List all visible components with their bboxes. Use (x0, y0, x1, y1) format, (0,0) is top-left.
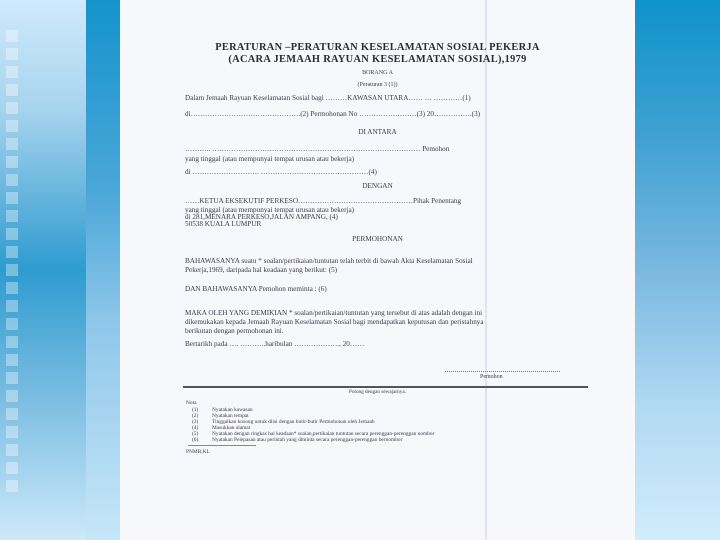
respondent-address-line2: 50538 KUALA LUMPUR (185, 220, 261, 228)
heading-with: DENGAN (120, 182, 635, 190)
form-title-line2: (ACARA JEMAAH RAYUAN KESELAMATAN SOSIAL)… (120, 54, 635, 65)
applicant-residence: yang tinggal (atau mempunyai tempat urus… (185, 155, 354, 163)
square-icon (6, 156, 18, 168)
tribunal-line: Dalam Jemaah Rayuan Keselamatan Sosial b… (185, 94, 471, 102)
signature-label: Pemohon (480, 374, 503, 380)
signature-line (445, 371, 560, 372)
square-icon (6, 336, 18, 348)
square-column-decoration (6, 30, 18, 498)
form-name: BORANG A (120, 70, 635, 76)
applicant-name-line: ……….. …………………………………………………………………………… Pemo… (185, 145, 449, 153)
square-icon (6, 174, 18, 186)
square-icon (6, 372, 18, 384)
square-icon (6, 138, 18, 150)
paragraph-therefore-line3: berikutan dengan permohonan ini. (185, 327, 284, 335)
square-icon (6, 318, 18, 330)
square-icon (6, 282, 18, 294)
footer-code: PNMB,KL (186, 449, 210, 455)
square-icon (6, 102, 18, 114)
form-title-line1: PERATURAN –PERATURAN KESELAMATAN SOSIAL … (120, 42, 635, 53)
notes-divider (188, 445, 256, 446)
cut-instruction: Potong dengan sewajarnya. (120, 389, 635, 395)
square-icon (6, 210, 18, 222)
dated-line: Bertarikh pada …. ………..haribulan ……………….… (185, 340, 364, 348)
square-icon (6, 426, 18, 438)
square-icon (6, 120, 18, 132)
vertical-accent-stripe (86, 0, 120, 540)
note-text: Nyatakan Pelepasan atau perintah yang di… (212, 437, 402, 443)
heading-between: DI ANTARA (120, 128, 635, 136)
regulation-reference: (Peraturan 3 (1)) (120, 82, 635, 88)
square-icon (6, 390, 18, 402)
paragraph-whereas-line1: BAHAWASANYA suatu * soalan/pertikaian/tu… (185, 257, 473, 265)
right-decorative-panel (635, 0, 720, 540)
applicant-address: di ………………………. ………………………………………(4) (185, 168, 377, 176)
paragraph-therefore-line1: MAKA OLEH YANG DEMIKIAN * soalan/pertika… (185, 309, 482, 317)
square-icon (6, 462, 18, 474)
note-number: (6) (192, 437, 198, 443)
square-icon (6, 66, 18, 78)
paragraph-therefore-line2: dikemukakan kepada Jemaah Rayuan Keselam… (185, 318, 484, 326)
left-decorative-panel (0, 0, 86, 540)
square-icon (6, 300, 18, 312)
square-icon (6, 30, 18, 42)
respondent-name-line: ……KETUA EKSEKUTIF PERKESO………………………………………… (185, 197, 461, 205)
form-content: PERATURAN –PERATURAN KESELAMATAN SOSIAL … (120, 0, 635, 540)
square-icon (6, 48, 18, 60)
square-icon (6, 246, 18, 258)
square-icon (6, 480, 18, 492)
paragraph-request: DAN BAHAWASANYA Pemohon meminta : (6) (185, 285, 327, 293)
cut-line (183, 386, 588, 388)
square-icon (6, 408, 18, 420)
square-icon (6, 354, 18, 366)
heading-application: PERMOHONAN (120, 235, 635, 243)
square-icon (6, 264, 18, 276)
location-line: di……………………………………….(2) Permohonan No …………… (185, 110, 480, 118)
square-icon (6, 228, 18, 240)
square-icon (6, 444, 18, 456)
square-icon (6, 84, 18, 96)
paragraph-whereas-line2: Pekerja,1969, daripada hal keadaan yang … (185, 266, 337, 274)
notes-heading: Nota (186, 400, 196, 406)
scanned-form-page: PERATURAN –PERATURAN KESELAMATAN SOSIAL … (120, 0, 635, 540)
square-icon (6, 192, 18, 204)
